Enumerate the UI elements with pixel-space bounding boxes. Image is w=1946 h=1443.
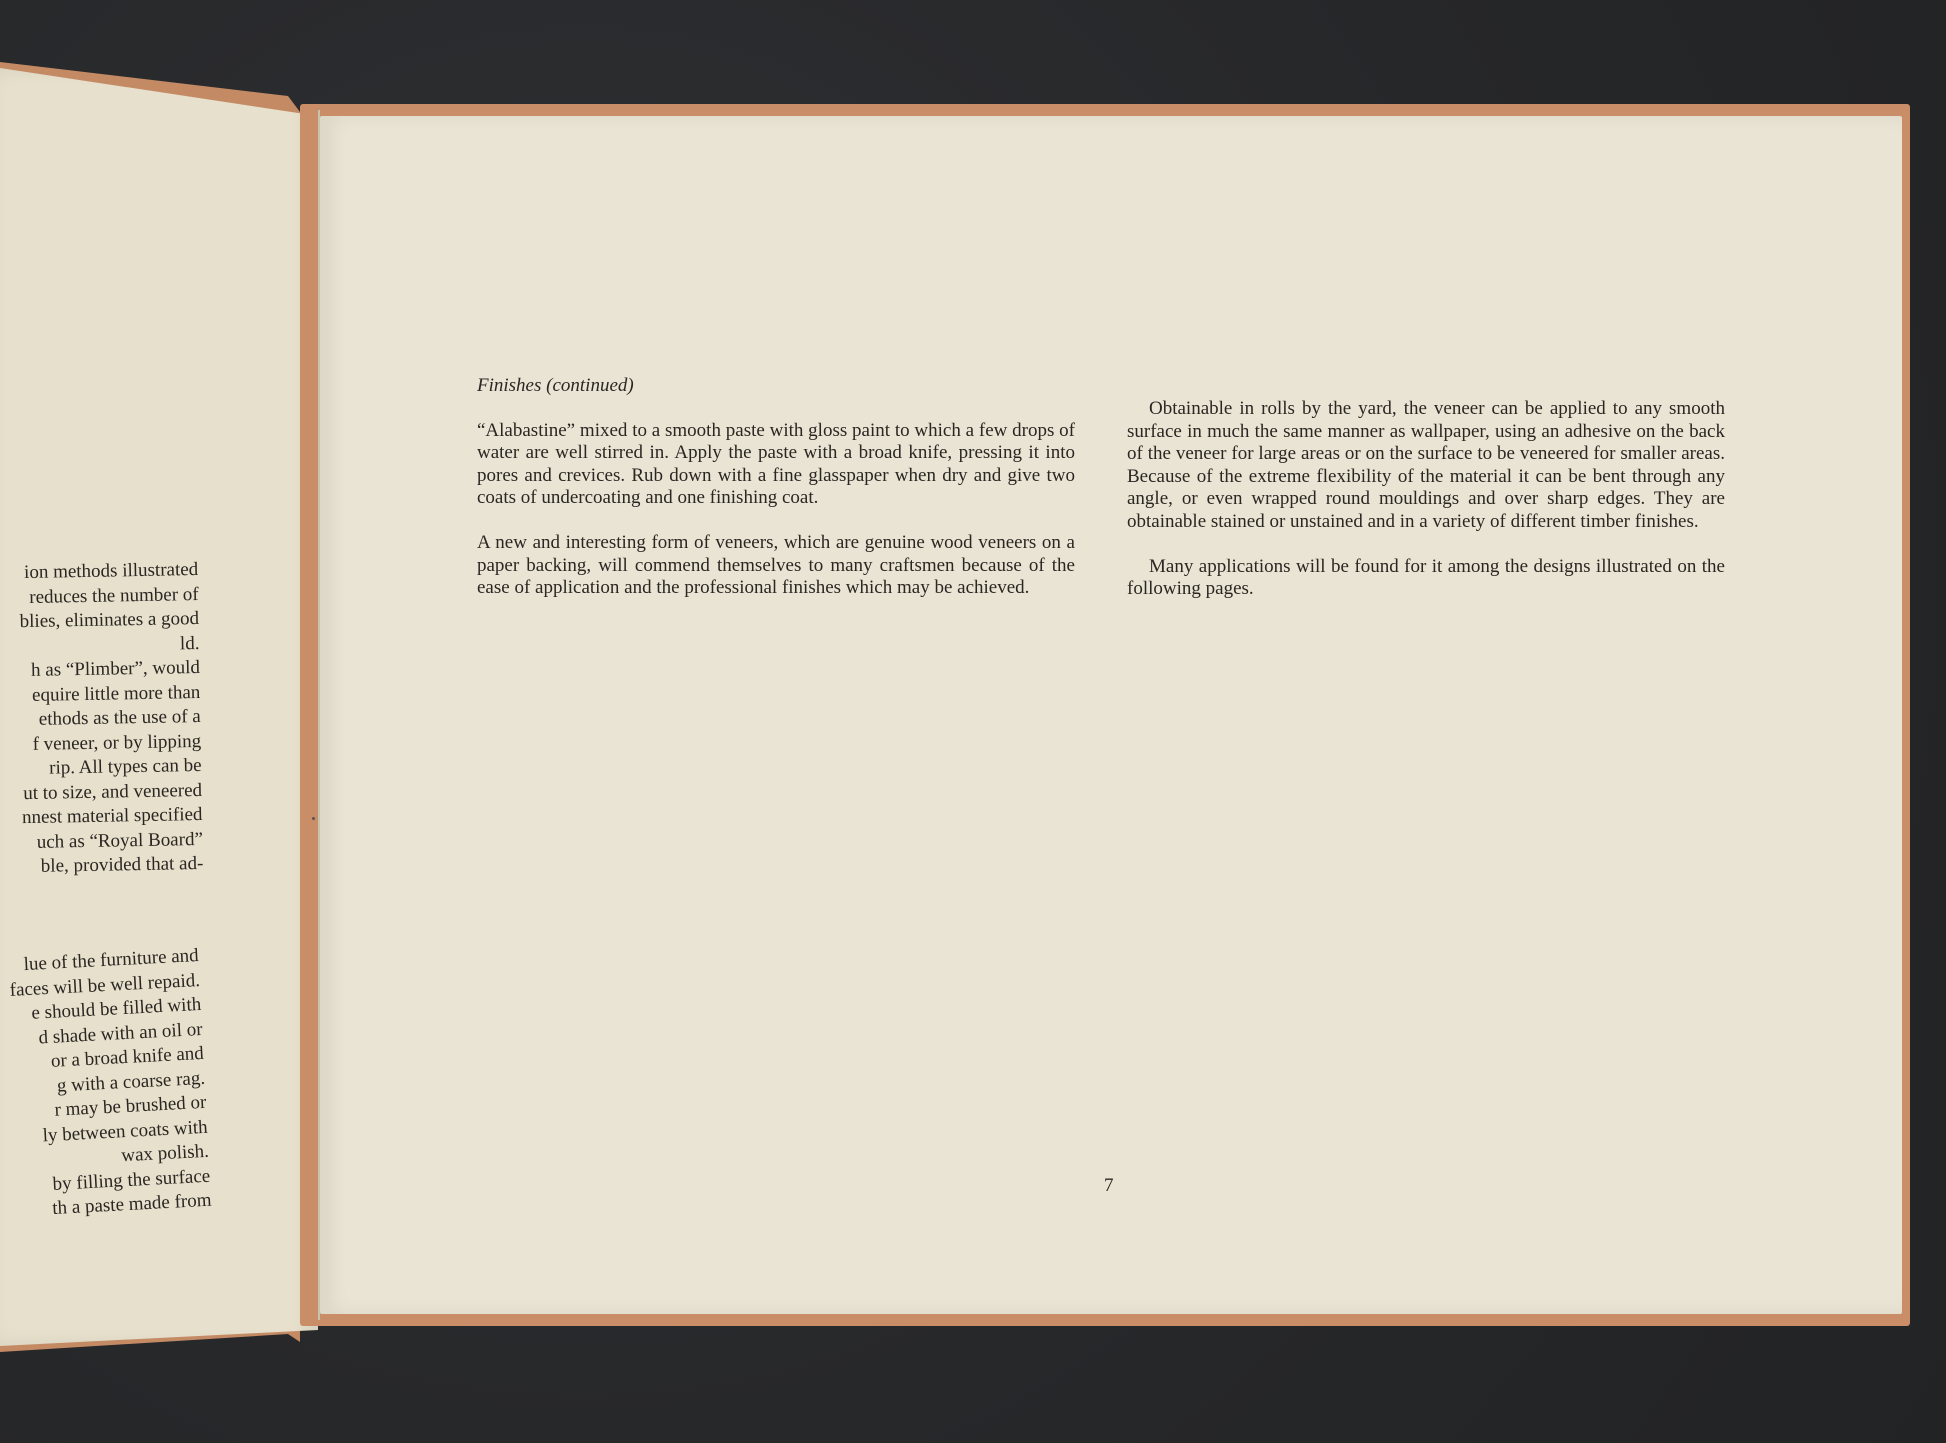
text-line: uch as “Royal Board” <box>5 827 203 855</box>
paragraph: Obtainable in rolls by the yard, the ven… <box>1127 398 1725 534</box>
text-line: nnest material specified <box>4 803 202 831</box>
page-number: 7 <box>1104 1175 1114 1197</box>
book-gutter <box>318 110 320 1320</box>
right-page-right-column: Obtainable in rolls by the yard, the ven… <box>1127 398 1725 623</box>
right-page <box>320 116 1902 1314</box>
heading-title: Finishes <box>477 375 541 396</box>
text-line: f veneer, or by lipping <box>3 729 201 757</box>
paragraph: A new and interesting form of veneers, w… <box>477 532 1075 600</box>
paragraph: Many applications will be found for it a… <box>1127 556 1725 601</box>
text-line: ble, provided that ad- <box>5 852 203 880</box>
text-line: blies, eliminates a good <box>1 607 199 635</box>
section-heading: Finishes (continued) <box>477 375 1075 398</box>
paragraph: “Alabastine” mixed to a smooth paste wit… <box>477 420 1075 510</box>
text-line: h as “Plimber”, would <box>2 656 200 684</box>
text-line: rip. All types can be <box>3 754 201 782</box>
text-line: ut to size, and veneered <box>4 778 202 806</box>
heading-suffix: (continued) <box>546 375 634 396</box>
right-page-left-column: Finishes (continued) “Alabastine” mixed … <box>477 375 1075 622</box>
left-page-text-block-1: ion methods illustrated reduces the numb… <box>0 558 204 880</box>
text-line: ld. <box>1 631 199 659</box>
paper-speck <box>312 817 315 820</box>
text-line: reduces the number of <box>0 582 198 610</box>
text-line: equire little more than <box>2 680 200 708</box>
left-page-text-block-2: lue of the furniture and faces will be w… <box>0 944 212 1223</box>
text-line: ethods as the use of a <box>3 705 201 733</box>
text-line: ion methods illustrated <box>0 558 198 586</box>
